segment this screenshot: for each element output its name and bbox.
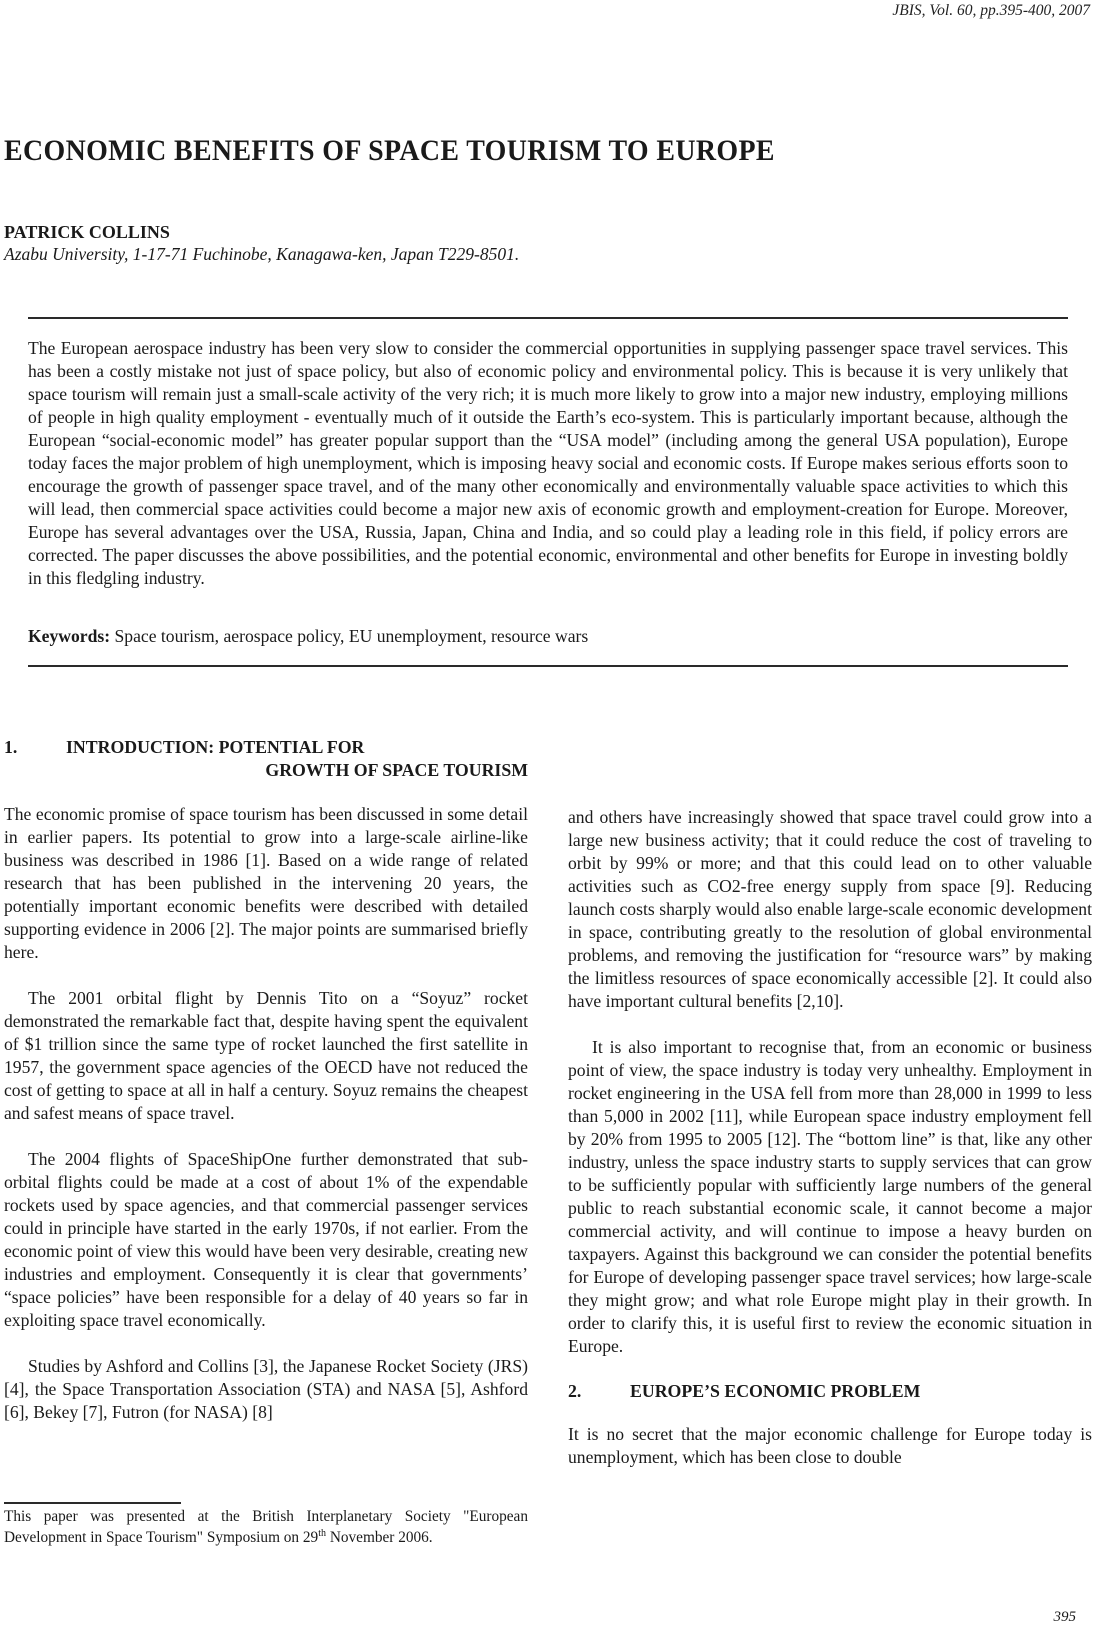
section-1-heading: 1.INTRODUCTION: POTENTIAL FOR GROWTH OF …: [4, 736, 528, 782]
author-affiliation: Azabu University, 1-17-71 Fuchinobe, Kan…: [4, 244, 519, 265]
keywords-list: Space tourism, aerospace policy, EU unem…: [115, 626, 589, 646]
paper-title: ECONOMIC BENEFITS OF SPACE TOURISM TO EU…: [4, 134, 775, 168]
paragraph: The 2001 orbital flight by Dennis Tito o…: [4, 987, 528, 1125]
abstract-top-rule: [28, 317, 1068, 319]
section-number: 1.: [4, 736, 66, 759]
footnote-rule: [4, 1502, 181, 1504]
footnote-superscript: th: [318, 1528, 326, 1539]
section-number: 2.: [568, 1380, 630, 1403]
left-column: 1.INTRODUCTION: POTENTIAL FOR GROWTH OF …: [4, 736, 528, 1424]
section-heading-line2: GROWTH OF SPACE TOURISM: [4, 759, 528, 782]
footnote: This paper was presented at the British …: [4, 1506, 528, 1548]
abstract-bottom-rule: [28, 665, 1068, 667]
paragraph: It is also important to recognise that, …: [568, 1036, 1092, 1358]
paragraph: and others have increasingly showed that…: [568, 806, 1092, 1013]
paragraph: It is no secret that the major economic …: [568, 1423, 1092, 1469]
paragraph: The 2004 flights of SpaceShipOne further…: [4, 1148, 528, 1332]
section-heading-text: EUROPE’S ECONOMIC PROBLEM: [630, 1381, 920, 1401]
paragraph: Studies by Ashford and Collins [3], the …: [4, 1355, 528, 1424]
section-2-heading: 2.EUROPE’S ECONOMIC PROBLEM: [568, 1380, 1092, 1403]
keywords-label: Keywords:: [28, 626, 110, 646]
footnote-text: This paper was presented at the British …: [4, 1508, 528, 1546]
right-column: and others have increasingly showed that…: [568, 806, 1092, 1469]
journal-reference: JBIS, Vol. 60, pp.395-400, 2007: [892, 2, 1090, 20]
abstract: The European aerospace industry has been…: [28, 337, 1068, 590]
paragraph: The economic promise of space tourism ha…: [4, 803, 528, 964]
section-heading-line1: INTRODUCTION: POTENTIAL FOR: [66, 737, 364, 757]
page-number: 395: [1054, 1609, 1077, 1626]
keywords: Keywords: Space tourism, aerospace polic…: [28, 626, 588, 647]
author-name: PATRICK COLLINS: [4, 222, 170, 243]
footnote-text-end: November 2006.: [326, 1529, 433, 1546]
